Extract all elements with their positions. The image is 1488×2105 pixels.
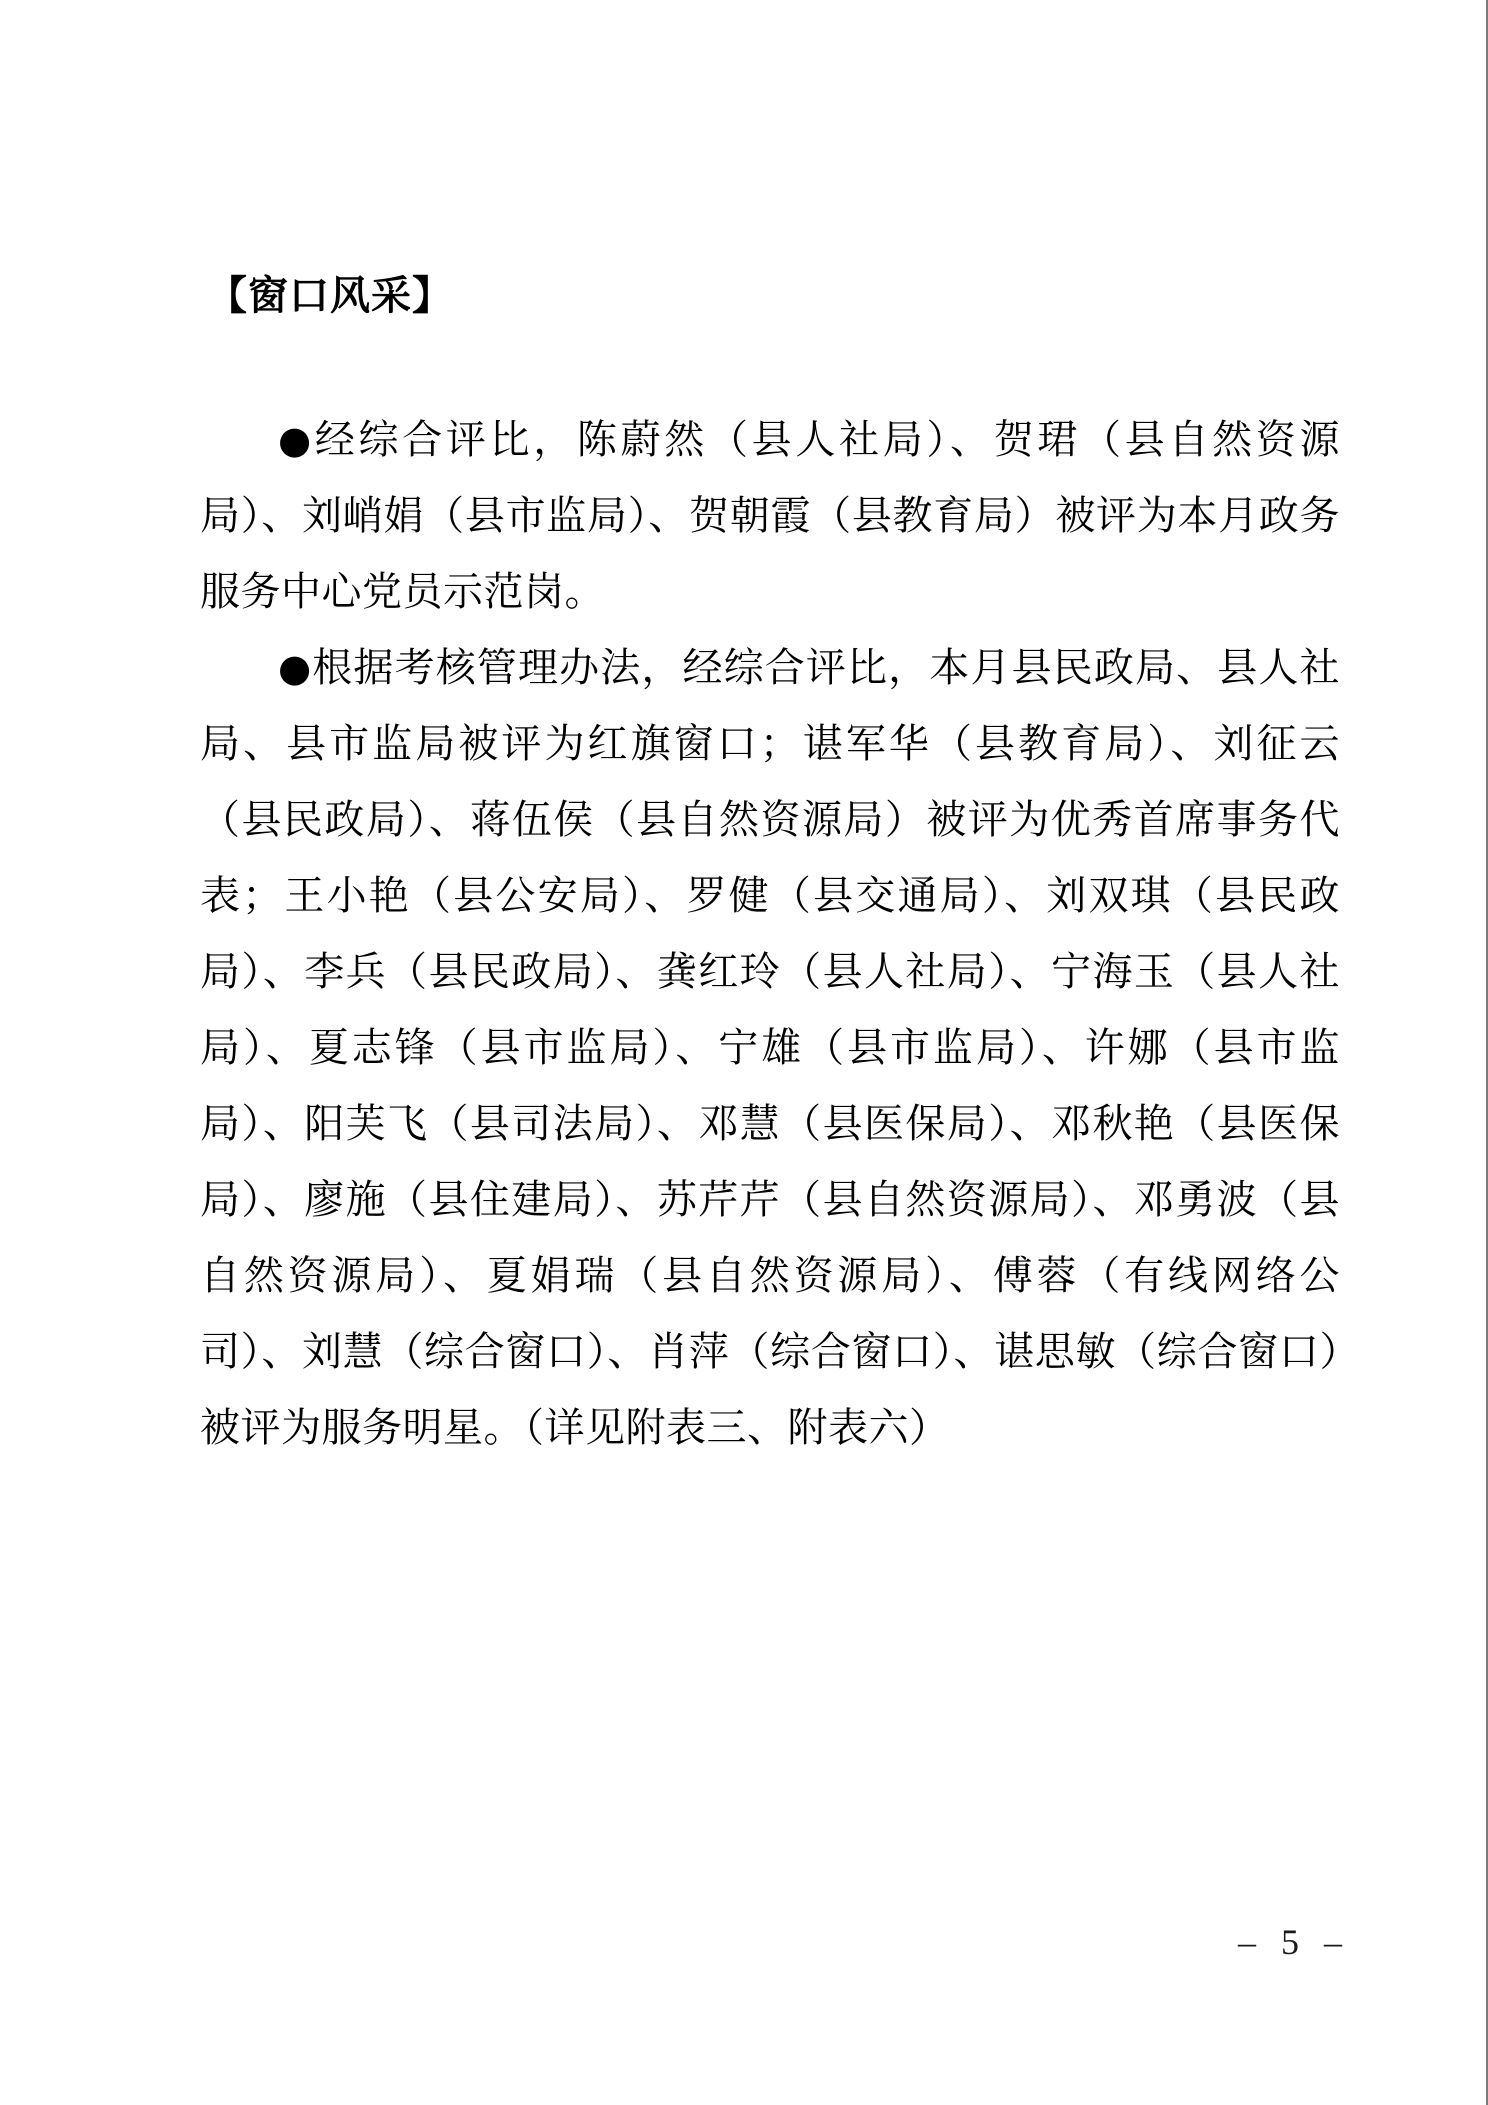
document-body: ●经综合评比，陈蔚然（县人社局）、贺珺（县自然资源局）、刘峭娟（县市监局）、贺朝…: [200, 402, 1340, 1466]
document-page: 【窗口风采】 ●经综合评比，陈蔚然（县人社局）、贺珺（县自然资源局）、刘峭娟（县…: [0, 0, 1488, 2105]
page-number: – 5 –: [1238, 1922, 1350, 1962]
paragraph-text: 经综合评比，陈蔚然（县人社局）、贺珺（县自然资源局）、刘峭娟（县市监局）、贺朝霞…: [200, 417, 1340, 614]
bullet-icon: ●: [278, 646, 312, 690]
paragraph: ●经综合评比，陈蔚然（县人社局）、贺珺（县自然资源局）、刘峭娟（县市监局）、贺朝…: [200, 402, 1340, 630]
section-heading: 【窗口风采】: [207, 270, 453, 322]
paragraph-text: 根据考核管理办法，经综合评比，本月县民政局、县人社局、县市监局被评为红旗窗口；谌…: [200, 645, 1340, 1450]
paragraph: ●根据考核管理办法，经综合评比，本月县民政局、县人社局、县市监局被评为红旗窗口；…: [200, 630, 1340, 1466]
bullet-icon: ●: [278, 418, 315, 462]
